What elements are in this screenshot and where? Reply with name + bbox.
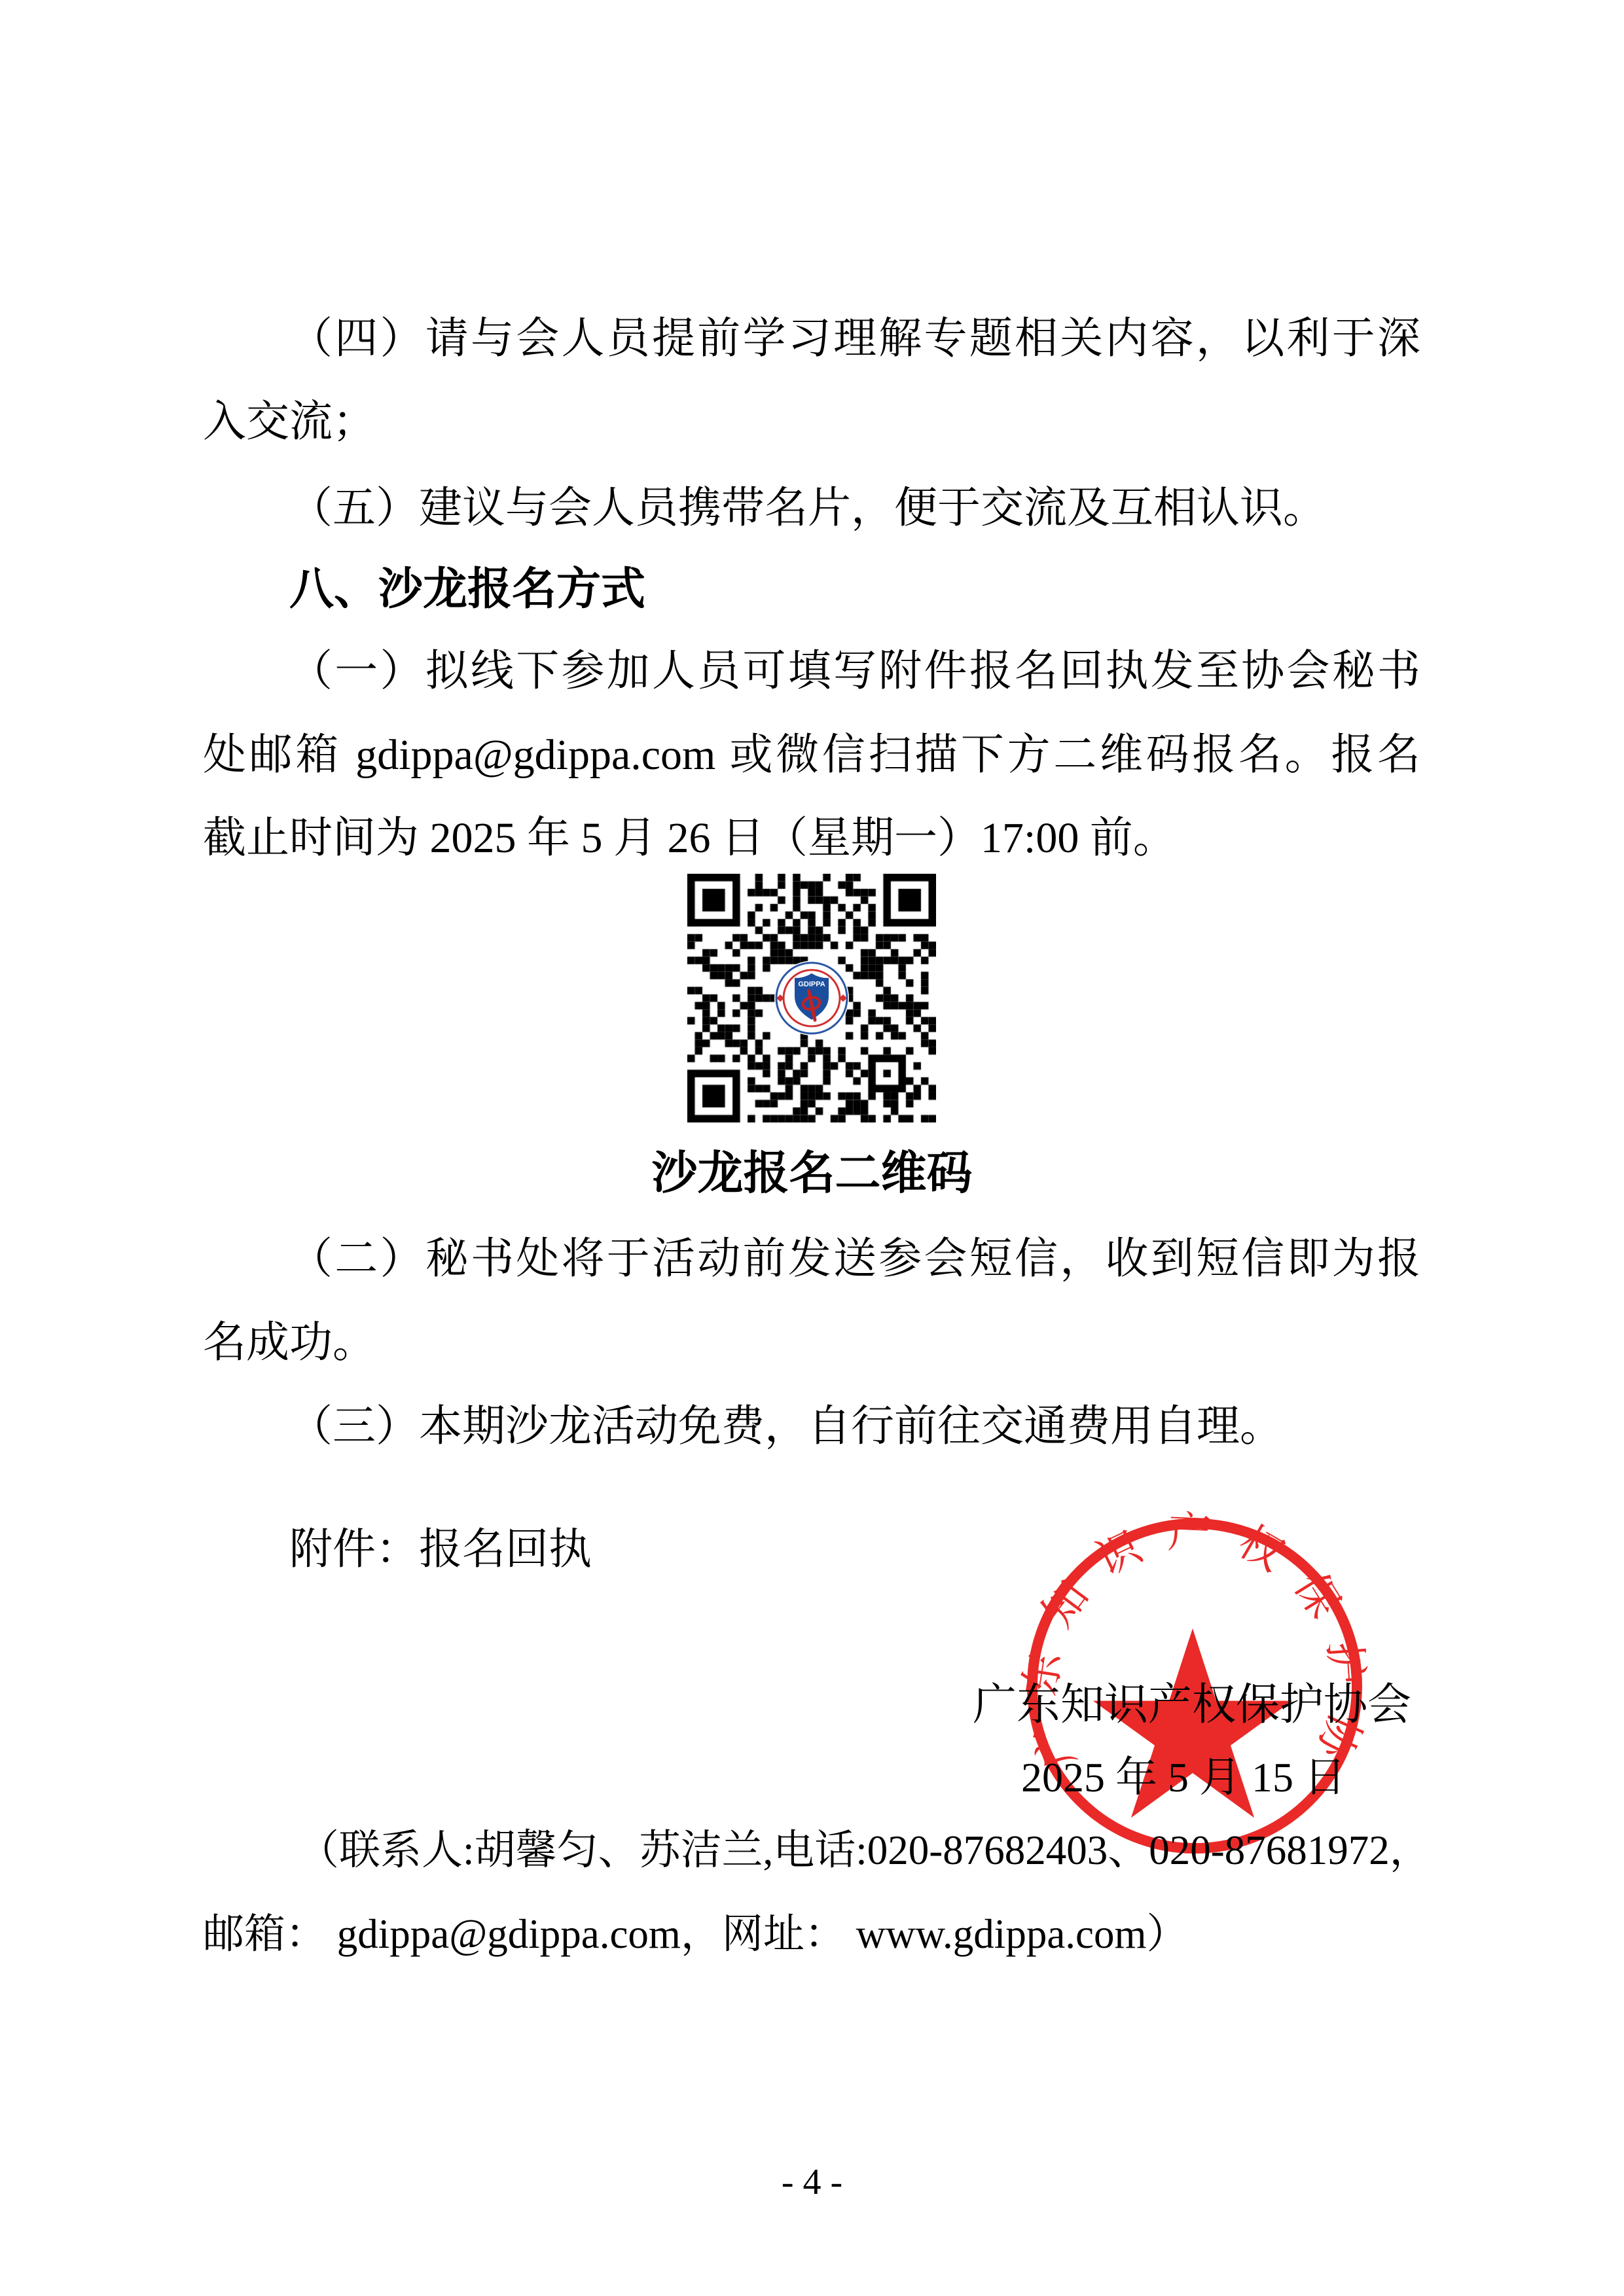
contact-line2: 邮箱： gdippa@gdippa.com，网址： www.gdippa.com…: [203, 1910, 1188, 1958]
signature-date: 2025 年 5 月 15 日: [1021, 1753, 1346, 1802]
contact-line1: （联系人:胡馨匀、苏洁兰,电话:020-87682403、020-8768197…: [298, 1827, 1431, 1874]
seal-arc-text: 广东知识产权保护协会: [1011, 1503, 1372, 1787]
attachment-note: 附件：报名回执: [203, 1525, 592, 1575]
paragraph-one-line2: 处邮箱 gdippa@gdippa.com 或微信扫描下方二维码报名。报名: [203, 730, 1420, 780]
paragraph-five-line: （五）建议与会人员携带名片，便于交流及互相认识。: [203, 484, 1326, 533]
signature-org: 广东知识产权保护协会: [973, 1680, 1411, 1731]
svg-text:广东知识产权保护协会: 广东知识产权保护协会: [1011, 1503, 1372, 1787]
paragraph-one-line1: （一）拟线下参加人员可填写附件报名回执发至协会秘书: [203, 647, 1420, 696]
paragraph-four-line1: （四）请与会人员提前学习理解专题相关内容，以利于深: [203, 314, 1420, 364]
qr-caption: 沙龙报名二维码: [0, 1147, 1624, 1200]
paragraph-four-line2: 入交流；: [203, 397, 376, 447]
association-logo-icon: GDIPPA: [772, 959, 851, 1037]
page-number: - 4 -: [0, 2161, 1624, 2203]
qr-code: GDIPPA: [687, 874, 936, 1122]
document-page: （四）请与会人员提前学习理解专题相关内容，以利于深 入交流； （五）建议与会人员…: [0, 0, 1624, 2296]
paragraph-two-line2: 名成功。: [203, 1318, 376, 1368]
paragraph-two-line1: （二）秘书处将于活动前发送参会短信，收到短信即为报: [203, 1234, 1420, 1284]
logo-acronym: GDIPPA: [798, 980, 825, 988]
paragraph-one-line3: 截止时间为 2025 年 5 月 26 日（星期一）17:00 前。: [203, 814, 1176, 863]
section-heading-eight: 八、沙龙报名方式: [203, 564, 645, 615]
paragraph-three-line: （三）本期沙龙活动免费，自行前往交通费用自理。: [203, 1402, 1283, 1452]
